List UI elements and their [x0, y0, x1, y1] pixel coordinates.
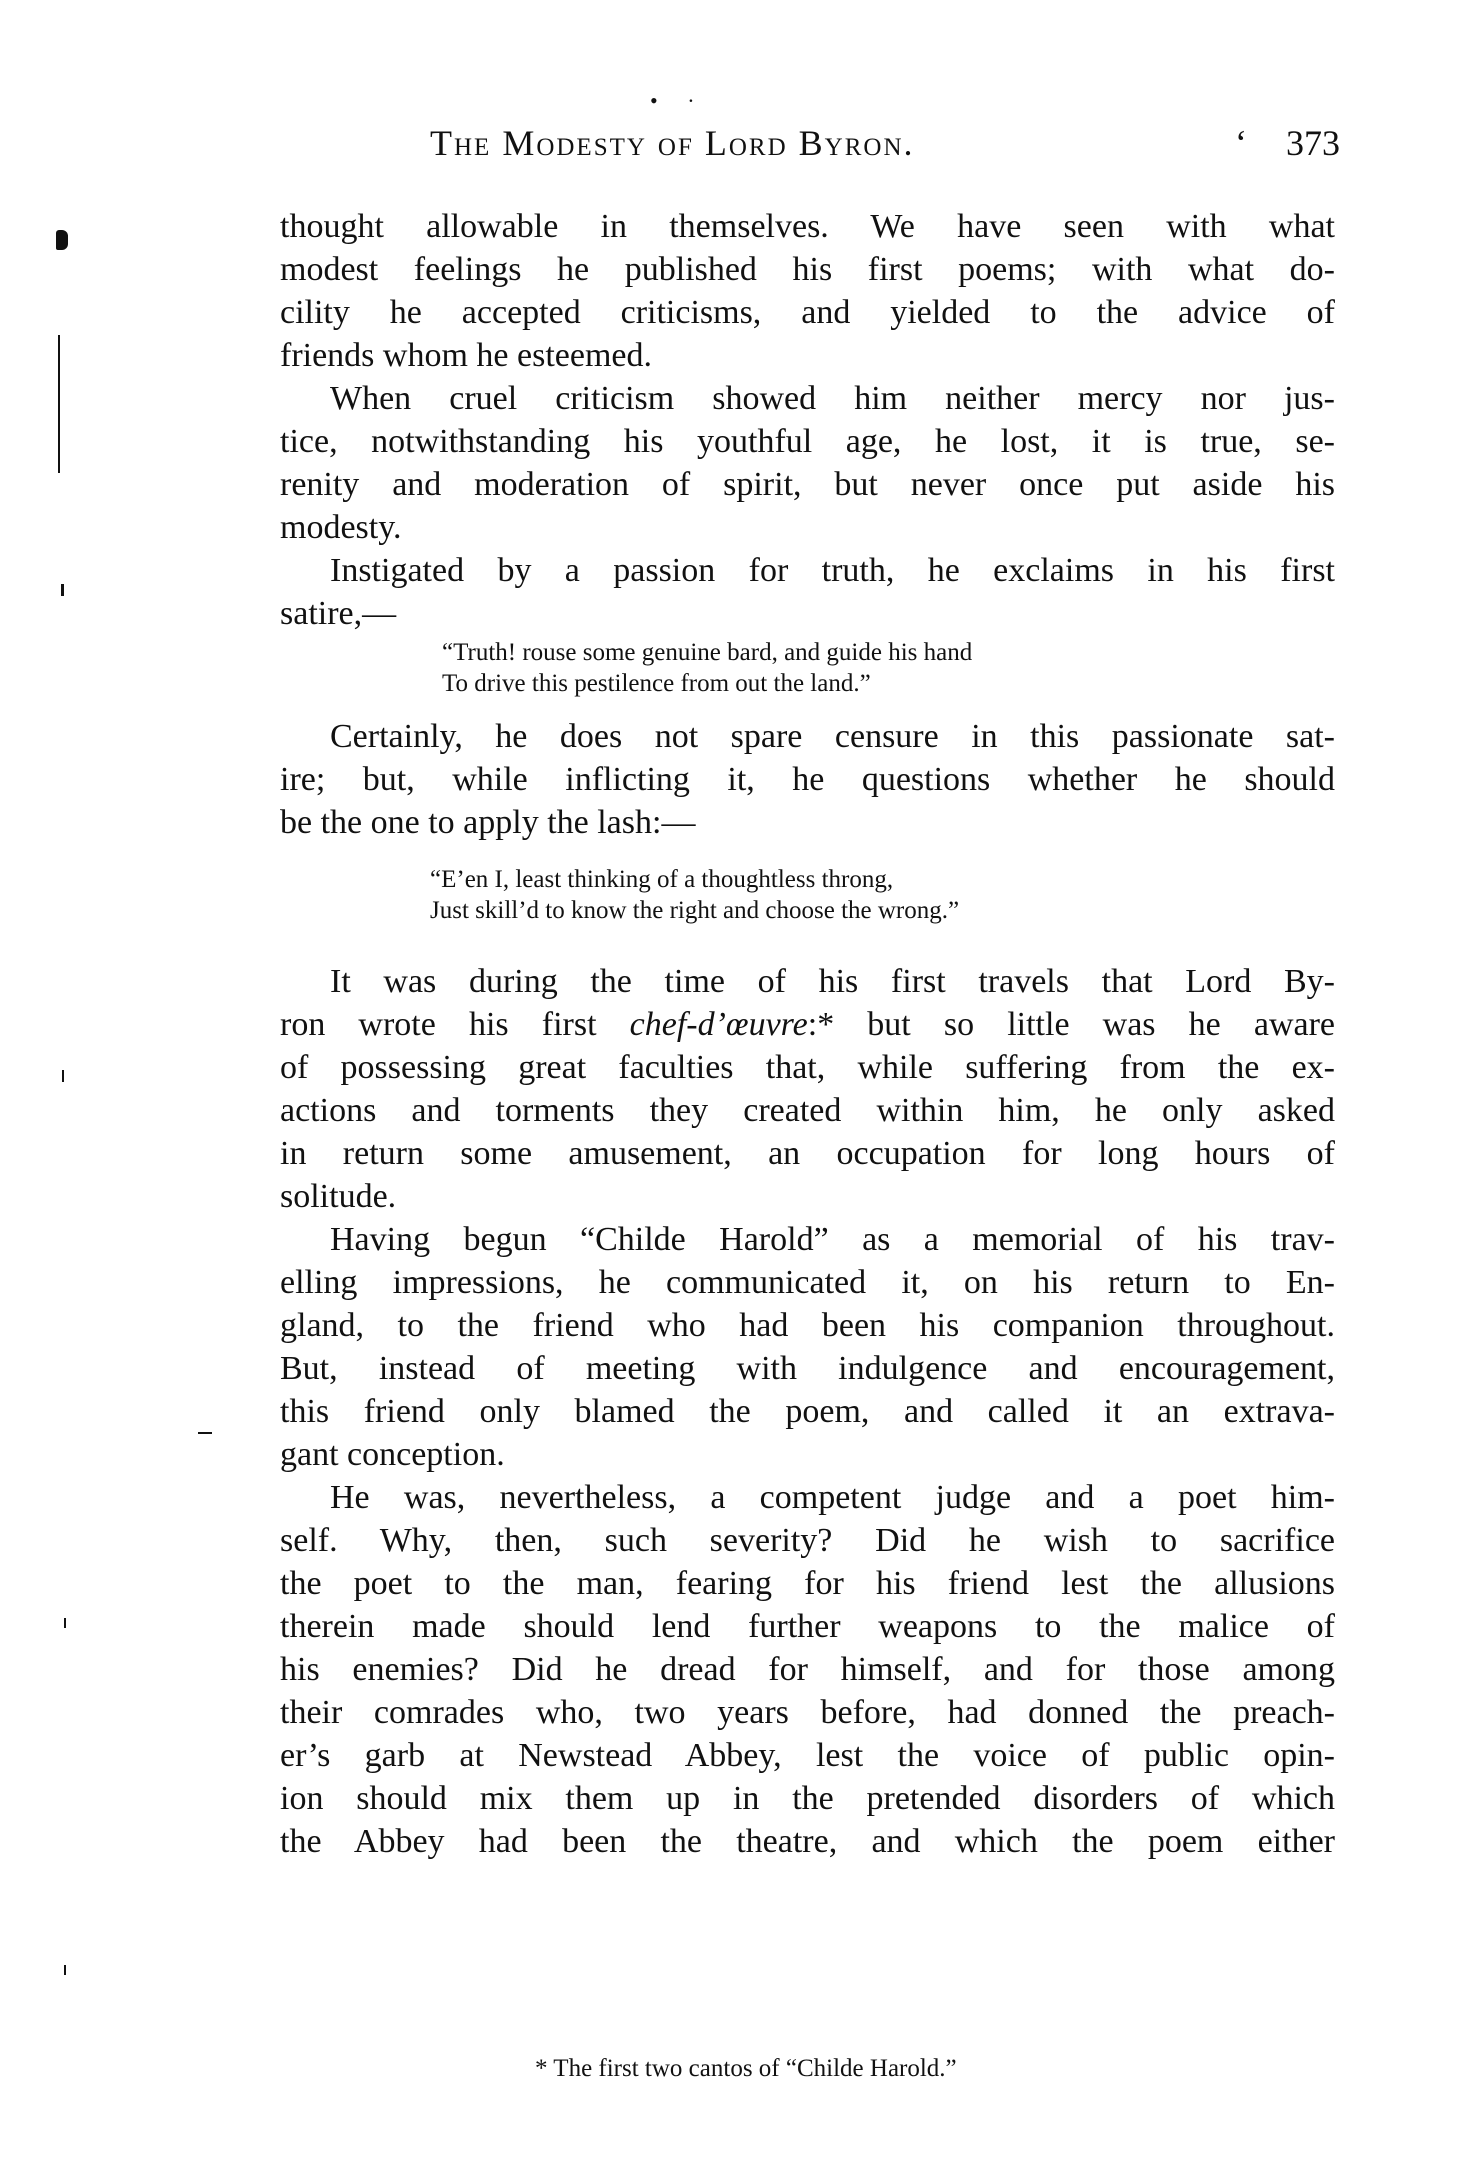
text-line: the poet to the man, fearing for his fri…	[280, 1562, 1335, 1605]
text-line: Having begun “Childe Harold” as a memori…	[280, 1218, 1335, 1261]
margin-artifact	[198, 1432, 212, 1434]
text-line: renity and moderation of spirit, but nev…	[280, 463, 1335, 506]
text-line: But, instead of meeting with indulgence …	[280, 1347, 1335, 1390]
paragraph-4: Certainly, he does not spare censure in …	[280, 715, 1335, 844]
paragraph-3: Instigated by a passion for truth, he ex…	[280, 549, 1335, 635]
text-line: cility he accepted criticisms, and yield…	[280, 291, 1335, 334]
text-line: solitude.	[280, 1175, 1335, 1218]
body-text: thought allowable in themselves. We have…	[280, 205, 1335, 1863]
paragraph-6: Having begun “Childe Harold” as a memori…	[280, 1218, 1335, 1476]
text-line: friends whom he esteemed.	[280, 334, 1335, 377]
text-line: therein made should lend further weapons…	[280, 1605, 1335, 1648]
text-line: er’s garb at Newstead Abbey, lest the vo…	[280, 1734, 1335, 1777]
paragraph-1: thought allowable in themselves. We have…	[280, 205, 1335, 377]
text-line: be the one to apply the lash:—	[280, 801, 1335, 844]
text-line: Instigated by a passion for truth, he ex…	[280, 549, 1335, 592]
text-line: tice, notwithstanding his youthful age, …	[280, 420, 1335, 463]
margin-artifact	[64, 1965, 66, 1975]
verse-line: “Truth! rouse some genuine bard, and gui…	[442, 637, 1335, 668]
text-line: ron wrote his first chef-d’œuvre:* but s…	[280, 1003, 1335, 1046]
verse-line: Just skill’d to know the right and choos…	[430, 895, 1335, 926]
paragraph-5: It was during the time of his first trav…	[280, 960, 1335, 1218]
running-head-mark: ʻ	[1235, 122, 1249, 164]
text-line: Certainly, he does not spare censure in …	[280, 715, 1335, 758]
text-line: gland, to the friend who had been his co…	[280, 1304, 1335, 1347]
margin-artifact	[62, 1070, 64, 1082]
text-line: It was during the time of his first trav…	[280, 960, 1335, 1003]
text-line: self. Why, then, such severity? Did he w…	[280, 1519, 1335, 1562]
book-page: • · The Modesty of Lord Byron. ʻ 373 tho…	[0, 0, 1477, 2161]
running-head: The Modesty of Lord Byron. ʻ 373	[430, 122, 1340, 172]
margin-artifact	[58, 335, 60, 473]
text-line: ion should mix them up in the pretended …	[280, 1777, 1335, 1820]
text-line: thought allowable in themselves. We have…	[280, 205, 1335, 248]
text-line: modesty.	[280, 506, 1335, 549]
footnote-ref-text: :* but so little was he aware	[808, 1006, 1335, 1043]
text-line: gant conception.	[280, 1433, 1335, 1476]
verse-line: To drive this pestilence from out the la…	[442, 668, 1335, 699]
margin-artifact	[64, 1618, 66, 1628]
running-head-title: The Modesty of Lord Byron.	[430, 122, 915, 164]
text-line: satire,—	[280, 592, 1335, 635]
paragraph-7: He was, nevertheless, a competent judge …	[280, 1476, 1335, 1863]
footnote: * The first two cantos of “Childe Harold…	[535, 2055, 957, 2083]
margin-artifact	[56, 230, 68, 250]
text-line: ire; but, while inflicting it, he questi…	[280, 758, 1335, 801]
text-line: of possessing great faculties that, whil…	[280, 1046, 1335, 1089]
verse-quote-1: “Truth! rouse some genuine bard, and gui…	[442, 637, 1335, 699]
text-fragment: ron wrote his first	[280, 1006, 630, 1043]
text-line: in return some amusement, an occupation …	[280, 1132, 1335, 1175]
text-line: their comrades who, two years before, ha…	[280, 1691, 1335, 1734]
text-line: modest feelings he published his first p…	[280, 248, 1335, 291]
verse-line: “E’en I, least thinking of a thoughtless…	[430, 864, 1335, 895]
printer-marks: • ·	[650, 88, 707, 114]
text-line: actions and torments they created within…	[280, 1089, 1335, 1132]
page-number: 373	[1286, 122, 1340, 164]
text-line: elling impressions, he communicated it, …	[280, 1261, 1335, 1304]
margin-artifact	[61, 584, 64, 596]
verse-quote-2: “E’en I, least thinking of a thoughtless…	[430, 864, 1335, 926]
text-line: He was, nevertheless, a competent judge …	[280, 1476, 1335, 1519]
italic-term: chef-d’œuvre	[630, 1006, 808, 1043]
text-line: his enemies? Did he dread for himself, a…	[280, 1648, 1335, 1691]
text-line: the Abbey had been the theatre, and whic…	[280, 1820, 1335, 1863]
paragraph-2: When cruel criticism showed him neither …	[280, 377, 1335, 549]
text-line: this friend only blamed the poem, and ca…	[280, 1390, 1335, 1433]
text-line: When cruel criticism showed him neither …	[280, 377, 1335, 420]
